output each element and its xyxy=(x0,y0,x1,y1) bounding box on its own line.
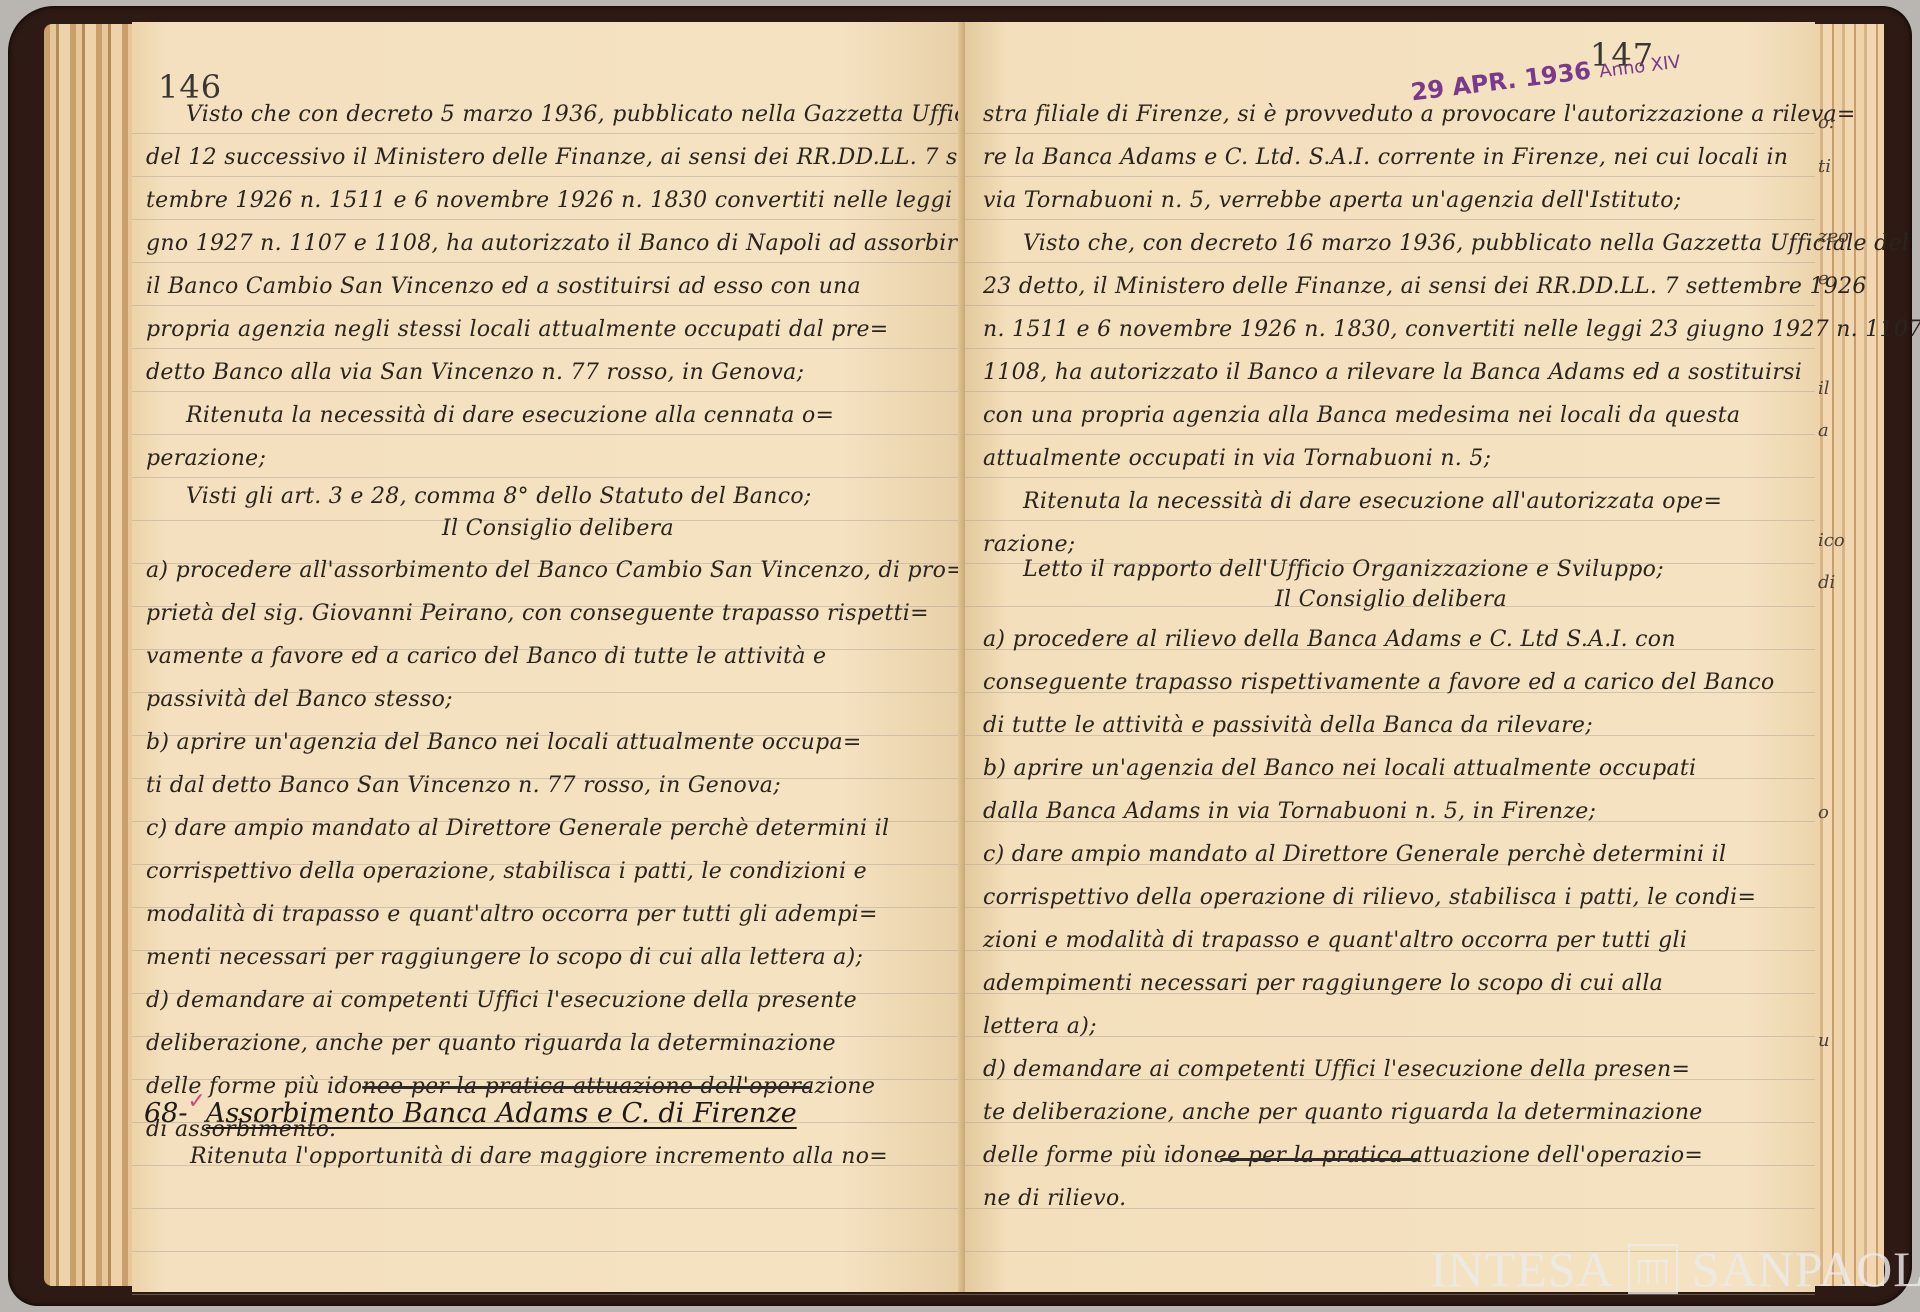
ruled-line xyxy=(132,1251,965,1252)
ruled-line xyxy=(132,1294,965,1295)
text-line: conseguente trapasso rispettivamente a f… xyxy=(983,670,1775,695)
text-line: b) aprire un'agenzia del Banco nei local… xyxy=(146,730,862,755)
ruled-line xyxy=(965,348,1815,349)
text-line: re la Banca Adams e C. Ltd. S.A.I. corre… xyxy=(983,145,1788,170)
text-line: tembre 1926 n. 1511 e 6 novembre 1926 n.… xyxy=(146,188,1050,213)
text-line: razione; xyxy=(983,532,1076,557)
ruled-line xyxy=(132,262,965,263)
page-number-left: 146 xyxy=(158,68,222,106)
ruled-line xyxy=(965,434,1815,435)
ruled-line xyxy=(132,176,965,177)
text-line: adempimenti necessari per raggiungere lo… xyxy=(983,971,1663,996)
section-number: 68- xyxy=(144,1098,187,1129)
ruled-line xyxy=(132,477,965,478)
check-mark-icon: ✓ xyxy=(187,1089,205,1114)
text-line: lettera a); xyxy=(983,1014,1097,1039)
text-line: perazione; xyxy=(146,446,266,471)
right-page: 147 stra filiale di Firenze, si è provve… xyxy=(965,22,1815,1292)
ruled-line xyxy=(132,348,965,349)
ruled-line xyxy=(965,219,1815,220)
text-line: d) demandare ai competenti Uffici l'esec… xyxy=(983,1057,1690,1082)
text-line: detto Banco alla via San Vincenzo n. 77 … xyxy=(146,360,804,385)
text-line: il Banco Cambio San Vincenzo ed a sostit… xyxy=(146,274,861,299)
text-line: Letto il rapporto dell'Ufficio Organizza… xyxy=(1023,557,1664,582)
text-line: Ritenuta la necessità di dare esecuzione… xyxy=(1023,489,1722,514)
margin-mark: u xyxy=(1818,1030,1830,1051)
text-line: n. 1511 e 6 novembre 1926 n. 1830, conve… xyxy=(983,317,1920,342)
text-line: del 12 successivo il Ministero delle Fin… xyxy=(146,145,999,170)
watermark: INTESA SANPAOLO xyxy=(1430,1240,1920,1298)
ruled-line xyxy=(965,477,1815,478)
margin-mark: o: xyxy=(1818,112,1835,133)
text-line: menti necessari per raggiungere lo scopo… xyxy=(146,945,863,970)
text-line: corrispettivo della operazione, stabilis… xyxy=(146,859,867,884)
ruled-line xyxy=(965,133,1815,134)
text-line: vamente a favore ed a carico del Banco d… xyxy=(146,644,826,669)
intesa-logo-icon xyxy=(1628,1244,1678,1294)
text-line: Ritenuta la necessità di dare esecuzione… xyxy=(186,403,834,428)
text-line: Visti gli art. 3 e 28, comma 8° dello St… xyxy=(186,484,812,509)
watermark-right: SANPAOLO xyxy=(1692,1240,1920,1298)
ruled-line xyxy=(132,434,965,435)
text-line: deliberazione, anche per quanto riguarda… xyxy=(146,1031,836,1056)
text-line: modalità di trapasso e quant'altro occor… xyxy=(146,902,878,927)
margin-mark: o xyxy=(1818,802,1829,823)
right-page-stack xyxy=(1812,24,1884,1286)
margin-mark: il xyxy=(1818,378,1830,399)
margin-mark: zeo xyxy=(1818,226,1849,247)
text-line: a) procedere al rilievo della Banca Adam… xyxy=(983,627,1676,652)
left-page-stack xyxy=(44,24,136,1286)
text-line: propria agenzia negli stessi locali attu… xyxy=(146,317,889,342)
heading-consiglio-delibera: Il Consiglio delibera xyxy=(442,516,674,541)
ruled-line xyxy=(132,133,965,134)
end-divider xyxy=(1220,1158,1420,1161)
ruled-line xyxy=(965,176,1815,177)
text-line: Ritenuta l'opportunità di dare maggiore … xyxy=(190,1144,888,1169)
margin-mark: di xyxy=(1818,572,1835,593)
text-line: prietà del sig. Giovanni Peirano, con co… xyxy=(146,601,929,626)
text-line: a) procedere all'assorbimento del Banco … xyxy=(146,558,965,583)
text-line: passività del Banco stesso; xyxy=(146,687,453,712)
text-line: ti dal detto Banco San Vincenzo n. 77 ro… xyxy=(146,773,781,798)
text-line: corrispettivo della operazione di riliev… xyxy=(983,885,1756,910)
margin-mark: e xyxy=(1818,268,1829,289)
text-line: dalla Banca Adams in via Tornabuoni n. 5… xyxy=(983,799,1596,824)
text-line: d) demandare ai competenti Uffici l'esec… xyxy=(146,988,857,1013)
ruled-line xyxy=(965,520,1815,521)
text-line: Visto che con decreto 5 marzo 1936, pubb… xyxy=(186,102,1008,127)
section-title: Assorbimento Banca Adams e C. di Firenze xyxy=(206,1098,797,1129)
ruled-line xyxy=(965,305,1815,306)
text-line: b) aprire un'agenzia del Banco nei local… xyxy=(983,756,1696,781)
heading-consiglio-delibera: Il Consiglio delibera xyxy=(1275,587,1507,612)
section-divider xyxy=(362,1086,810,1089)
text-line: c) dare ampio mandato al Direttore Gener… xyxy=(146,816,889,841)
text-line: 1108, ha autorizzato il Banco a rilevare… xyxy=(983,360,1802,385)
text-line: con una propria agenzia alla Banca medes… xyxy=(983,403,1740,428)
text-line: via Tornabuoni n. 5, verrebbe aperta un'… xyxy=(983,188,1681,213)
margin-mark: ico xyxy=(1818,530,1845,551)
ruled-line xyxy=(132,391,965,392)
ruled-line xyxy=(132,219,965,220)
ruled-line xyxy=(965,262,1815,263)
text-line: te deliberazione, anche per quanto rigua… xyxy=(983,1100,1703,1125)
text-line: attualmente occupati in via Tornabuoni n… xyxy=(983,446,1491,471)
text-line: delle forme più idonee per la pratica at… xyxy=(983,1143,1703,1168)
text-line: stra filiale di Firenze, si è provveduto… xyxy=(983,102,1856,127)
margin-mark: ti xyxy=(1818,156,1831,177)
ruled-line xyxy=(132,1208,965,1209)
ruled-line xyxy=(965,391,1815,392)
section-heading: 68-✓Assorbimento Banca Adams e C. di Fir… xyxy=(144,1098,797,1129)
margin-mark: a xyxy=(1818,420,1829,441)
text-line: 23 detto, il Ministero delle Finanze, ai… xyxy=(983,274,1867,299)
ruled-line xyxy=(132,305,965,306)
text-line: gno 1927 n. 1107 e 1108, ha autorizzato … xyxy=(146,231,971,256)
text-line: Visto che, con decreto 16 marzo 1936, pu… xyxy=(1023,231,1909,256)
watermark-left: INTESA xyxy=(1430,1240,1614,1298)
text-line: ne di rilievo. xyxy=(983,1186,1126,1211)
text-line: c) dare ampio mandato al Direttore Gener… xyxy=(983,842,1726,867)
text-line: di tutte le attività e passività della B… xyxy=(983,713,1593,738)
text-line: zioni e modalità di trapasso e quant'alt… xyxy=(983,928,1687,953)
